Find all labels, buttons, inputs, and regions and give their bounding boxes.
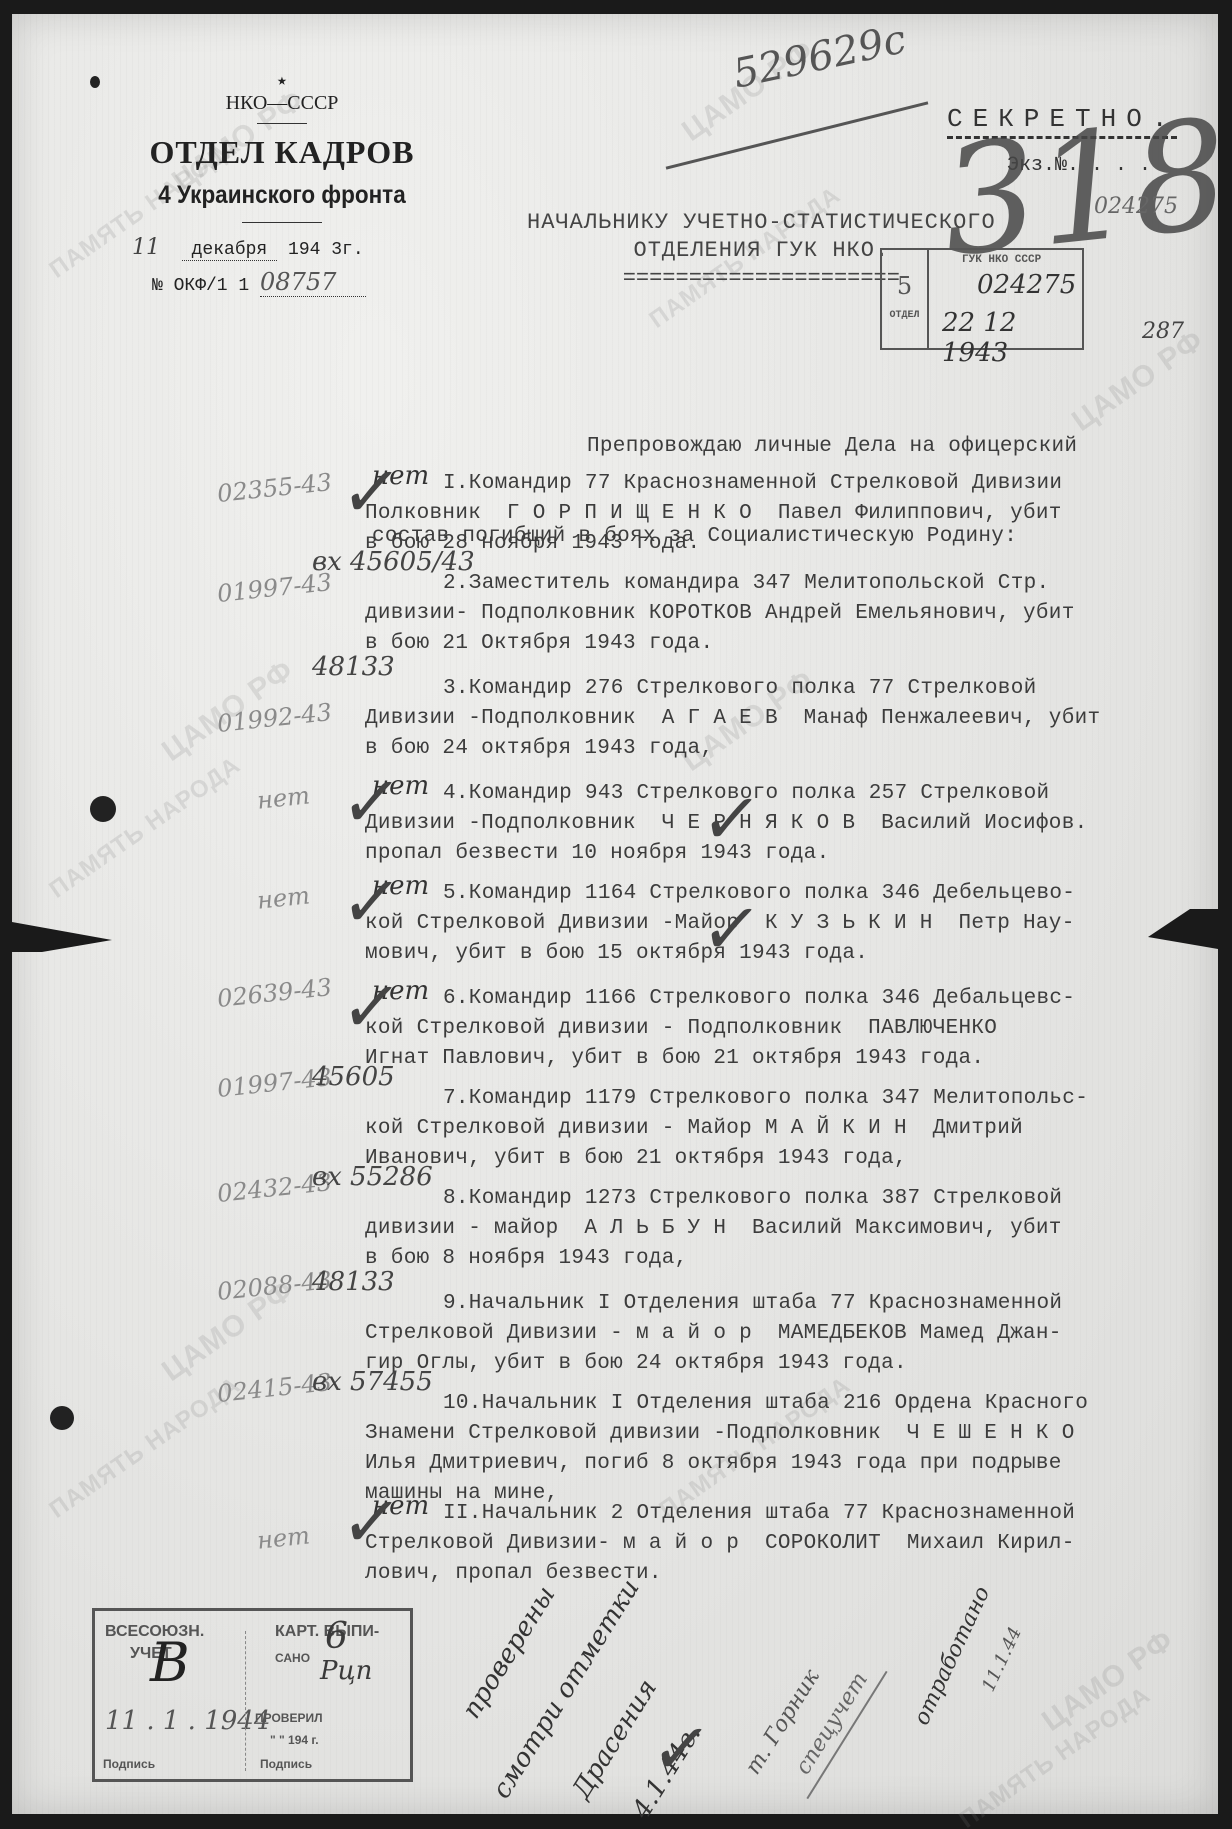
handwritten-ref: 529629с <box>729 16 910 97</box>
entry-line: Дивизии -Подполковник А Г А Е В Манаф Пе… <box>365 704 1100 734</box>
entry-line: Полковник Г О Р П И Щ Е Н К О Павел Фили… <box>365 499 1062 529</box>
entry-mark: вх 55286 <box>312 1162 433 1192</box>
margin-reference: нет <box>256 1521 311 1554</box>
date-year: 194 3г. <box>288 240 364 260</box>
entry-line: Знамени Стрелковой дивизии -Подполковник… <box>365 1419 1088 1449</box>
entry-line: в бою 24 октября 1943 года, <box>365 734 1100 764</box>
addressee-line: НАЧАЛЬНИКУ УЧЕТНО-СТАТИСТИЧЕСКОГО <box>527 209 996 237</box>
margin-reference: 01992-43 <box>216 698 333 738</box>
department-number: 5 <box>882 272 927 300</box>
check-mark-icon: ✓ <box>337 767 405 837</box>
department-title: ОТДЕЛ КАДРОВ <box>122 134 442 171</box>
check-mark-icon: ✓ <box>337 867 405 937</box>
officer-entry: 3.Командир 276 Стрелкового полка 77 Стре… <box>365 674 1100 764</box>
entry-line: Игнат Павлович, убит в бою 21 октября 19… <box>365 1044 1075 1074</box>
entry-line: 8.Командир 1273 Стрелкового полка 387 Ст… <box>365 1184 1062 1214</box>
margin-reference: 02355-43 <box>216 468 333 508</box>
check-mark-icon: ✓ <box>337 457 405 527</box>
divider <box>242 222 322 223</box>
entry-mark: 48133 <box>312 1267 395 1297</box>
officer-entry: 2.Заместитель командира 347 Мелитопольск… <box>365 569 1075 659</box>
entry-line: Стрелковой Дивизии - м а й о р МАМЕДБЕКО… <box>365 1319 1062 1349</box>
watermark: ЦАМО РФ <box>1036 1623 1180 1738</box>
stamp-signature: Рцп <box>320 1656 372 1686</box>
registration-number: 024275 <box>977 270 1076 300</box>
watermark: ПАМЯТЬ НАРОДА <box>44 752 246 905</box>
divider <box>257 123 307 124</box>
margin-reference: нет <box>256 881 311 914</box>
stamp-signature-label: Подпись <box>103 1757 155 1771</box>
entry-line: лович, пропал безвести. <box>365 1559 1075 1589</box>
incoming-number: 024275 <box>1094 194 1178 219</box>
pen-stroke <box>666 101 929 169</box>
registration-date: 22 12 1943 <box>942 308 1082 368</box>
entry-line: кой Стрелковой дивизии - Подполковник ПА… <box>365 1014 1075 1044</box>
entry-line: 6.Командир 1166 Стрелкового полка 346 Де… <box>365 984 1075 1014</box>
entry-line: Иванович, убит в бою 21 октября 1943 год… <box>365 1144 1088 1174</box>
number-handwritten: 08757 <box>260 268 366 297</box>
entry-mark: вх 45605/43 <box>312 547 475 577</box>
watermark: ПАМЯТЬ НАРОДА <box>954 1682 1156 1829</box>
verification-stamp: ВСЕСОЮЗН. КАРТ. ВЫПИ- УЧЕТ САНО ПРОВЕРИЛ… <box>92 1608 413 1782</box>
agency-name: НКО—СССР <box>122 92 442 115</box>
officer-entry: II.Начальник 2 Отделения штаба 77 Красно… <box>365 1499 1075 1589</box>
registration-stamp: 5 ОТДЕЛ ГУК НКО СССР 024275 22 12 1943 <box>880 248 1084 350</box>
paper-tear <box>12 922 112 952</box>
officer-entry: I.Командир 77 Краснознаменной Стрелковой… <box>365 469 1062 559</box>
watermark: ЦАМО РФ <box>1066 323 1210 438</box>
document-number: № ОКФ/1 1 08757 <box>122 268 442 296</box>
stamp-department-column: 5 ОТДЕЛ <box>882 250 929 348</box>
entry-line: гир Оглы, убит в бою 24 октября 1943 год… <box>365 1349 1062 1379</box>
entry-line: в бою 21 Октября 1943 года. <box>365 629 1075 659</box>
punch-hole <box>50 1406 74 1430</box>
department-label: ОТДЕЛ <box>882 310 927 321</box>
officer-entry: 8.Командир 1273 Стрелкового полка 387 Ст… <box>365 1184 1062 1274</box>
officer-entry: 9.Начальник I Отделения штаба 77 Красноз… <box>365 1289 1062 1379</box>
entry-line: кой Стрелковой дивизии - Майор М А Й К И… <box>365 1114 1088 1144</box>
handwritten-note: отработано <box>909 1583 995 1729</box>
stamp-divider <box>245 1631 246 1771</box>
handwritten-note-date: 11.1.44 <box>978 1624 1026 1695</box>
date-day: 11 <box>132 235 160 260</box>
star-icon: ★ <box>122 74 442 88</box>
check-mark-icon: ✓ <box>647 1714 715 1784</box>
entry-line: в бою 8 ноября 1943 года, <box>365 1244 1062 1274</box>
margin-reference: нет <box>256 781 311 814</box>
stamp-subtitle-right: САНО <box>275 1651 310 1665</box>
intro-line: Препровождаю личные Дела на офицерский <box>372 432 1077 462</box>
paper-tear <box>1148 909 1218 949</box>
stamp-initials: В <box>150 1631 190 1694</box>
watermark: ПАМЯТЬ НАРОДА <box>44 1372 246 1525</box>
officer-entry: 6.Командир 1166 Стрелкового полка 346 Де… <box>365 984 1075 1074</box>
date-month: декабря <box>182 240 278 261</box>
letterhead: ★ НКО—СССР ОТДЕЛ КАДРОВ 4 Украинского фр… <box>122 74 442 296</box>
entry-line: 9.Начальник I Отделения штаба 77 Красноз… <box>365 1289 1062 1319</box>
check-mark-icon: ✓ <box>337 972 405 1042</box>
entry-line: дивизии - майор А Л Ь Б У Н Василий Макс… <box>365 1214 1062 1244</box>
officer-entry: 10.Начальник I Отделения штаба 216 Орден… <box>365 1389 1088 1509</box>
entry-line: 10.Начальник I Отделения штаба 216 Орден… <box>365 1389 1088 1419</box>
entry-line: Илья Дмитриевич, погиб 8 октября 1943 го… <box>365 1449 1088 1479</box>
entry-line: I.Командир 77 Краснознаменной Стрелковой… <box>365 469 1062 499</box>
entry-line: Стрелковой Дивизии- м а й о р СОРОКОЛИТ … <box>365 1529 1075 1559</box>
check-mark-icon: ✓ <box>337 1487 405 1557</box>
check-mark-icon: ✓ <box>697 894 765 964</box>
punch-hole <box>90 796 116 822</box>
margin-reference: 02639-43 <box>216 973 333 1013</box>
entry-mark: 45605 <box>312 1062 395 1092</box>
front-name: 4 Украинского фронта <box>138 181 426 210</box>
entry-line: дивизии- Подполковник КОРОТКОВ Андрей Ем… <box>365 599 1075 629</box>
stamp-header: ГУК НКО СССР <box>962 254 1041 266</box>
stamp-extra-number: 287 <box>1142 319 1184 344</box>
stamp-mark-number: 6 <box>325 1616 348 1657</box>
number-prefix: № ОКФ/1 1 <box>152 276 249 296</box>
officer-entry: 7.Командир 1179 Стрелкового полка 347 Ме… <box>365 1084 1088 1174</box>
handwritten-note: смотри отметки <box>487 1574 646 1804</box>
entry-line: 7.Командир 1179 Стрелкового полка 347 Ме… <box>365 1084 1088 1114</box>
stamp-signature-label: Подпись <box>260 1757 312 1771</box>
document-page: ЦАМО РФ ЦАМО РФ ЦАМО РФ ЦАМО РФ ЦАМО РФ … <box>12 14 1218 1814</box>
check-mark-icon: ✓ <box>697 784 765 854</box>
document-date: 11 декабря 194 3г. <box>122 235 442 260</box>
entry-line: 3.Командир 276 Стрелкового полка 77 Стре… <box>365 674 1100 704</box>
punch-hole <box>90 76 100 88</box>
entry-mark: 48133 <box>312 652 395 682</box>
stamp-date-right: " " 194 г. <box>270 1733 319 1747</box>
entry-line: II.Начальник 2 Отделения штаба 77 Красно… <box>365 1499 1075 1529</box>
entry-mark: вх 57455 <box>312 1367 433 1397</box>
